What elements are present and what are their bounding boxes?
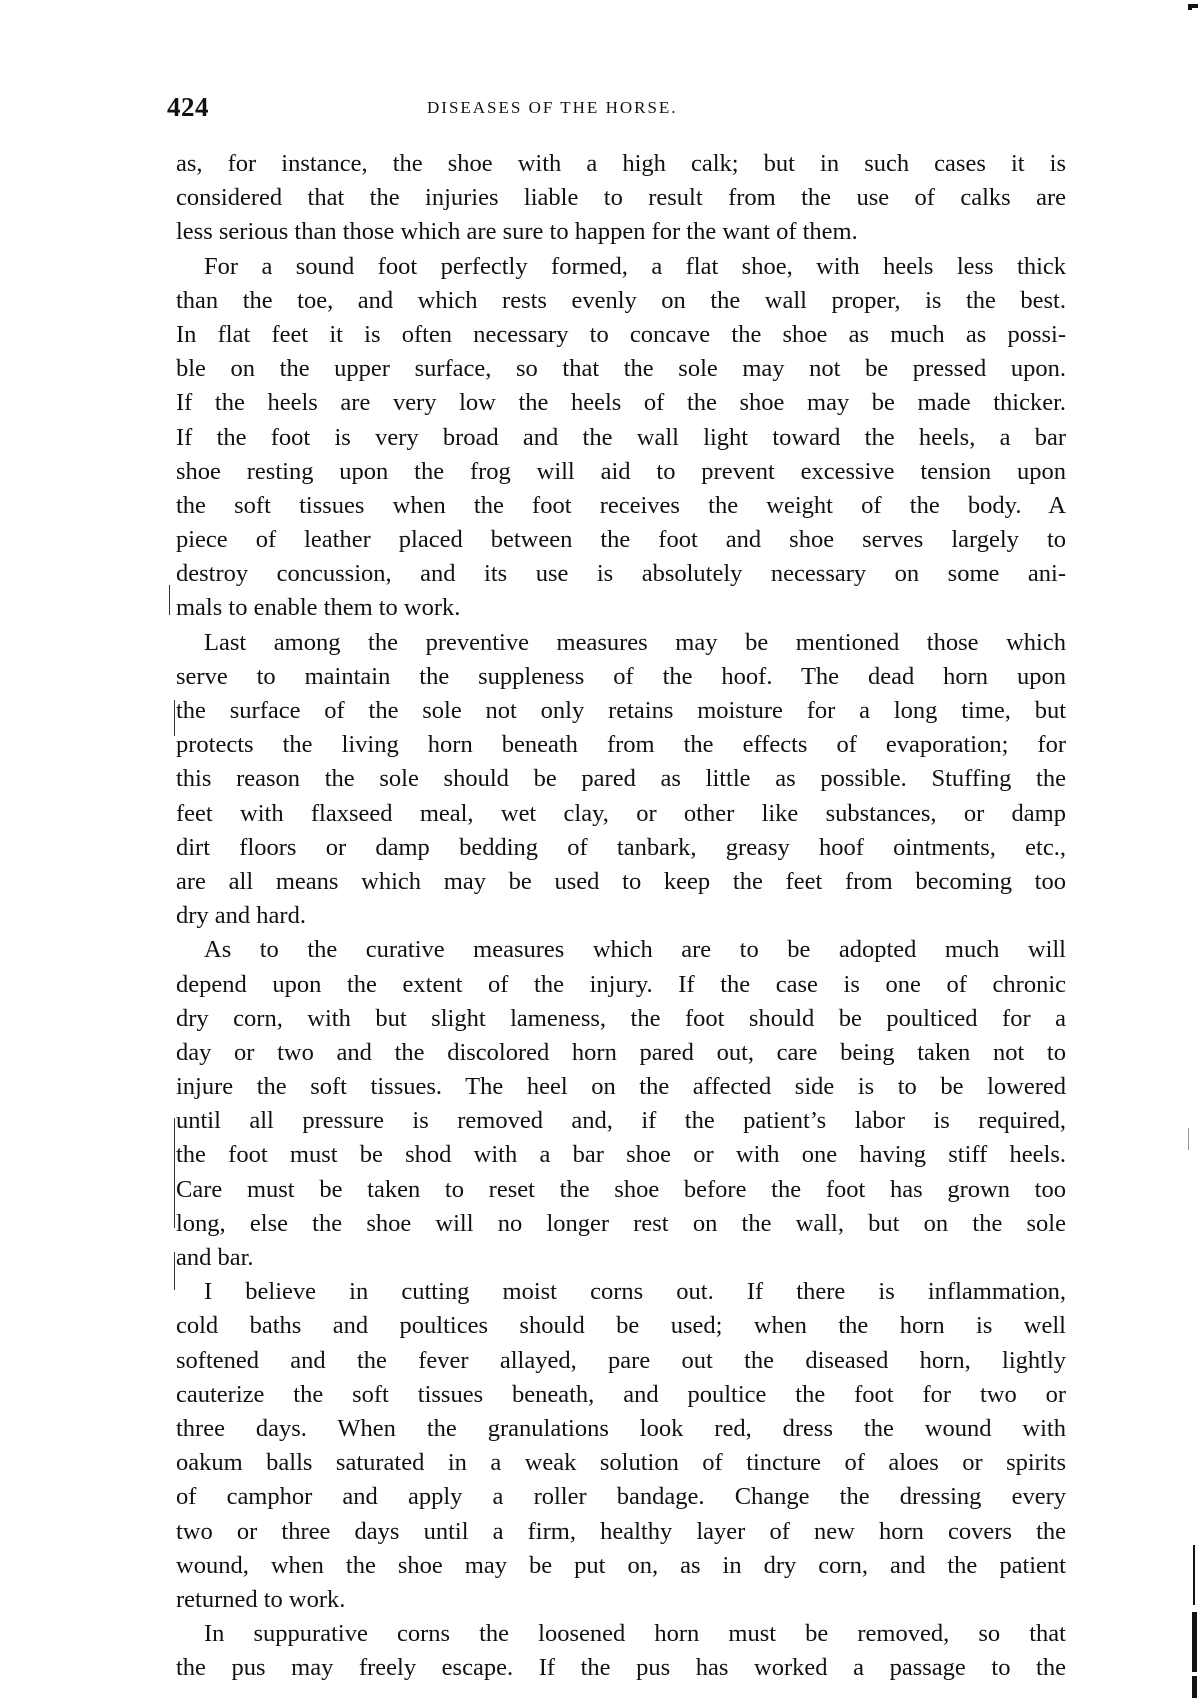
scan-edge-bar <box>1192 1676 1197 1698</box>
text-line: this reason the sole should be pared as … <box>176 762 1066 796</box>
scan-margin-line <box>174 1118 175 1228</box>
scan-edge-bar <box>1192 1612 1197 1672</box>
text-line: cauterize the soft tissues beneath, and … <box>176 1378 1066 1412</box>
text-line: until all pressure is removed and, if th… <box>176 1104 1066 1138</box>
text-line: serve to maintain the suppleness of the … <box>176 660 1066 694</box>
text-line: shoe resting upon the frog will aid to p… <box>176 455 1066 489</box>
text-line: depend upon the extent of the injury. If… <box>176 968 1066 1002</box>
text-line: long, else the shoe will no longer rest … <box>176 1207 1066 1241</box>
scan-corner-mark <box>1188 4 1192 10</box>
paragraph: I believe in cutting moist corns out. If… <box>176 1275 1066 1617</box>
text-line: In suppurative corns the loosened horn m… <box>176 1617 1066 1651</box>
scan-margin-line <box>1188 1128 1189 1150</box>
text-line: protects the living horn beneath from th… <box>176 728 1066 762</box>
paragraph: In suppurative corns the loosened horn m… <box>176 1617 1066 1685</box>
text-line: If the foot is very broad and the wall l… <box>176 421 1066 455</box>
text-line: If the heels are very low the heels of t… <box>176 386 1066 420</box>
text-line: the soft tissues when the foot receives … <box>176 489 1066 523</box>
text-line: For a sound foot perfectly formed, a fla… <box>176 250 1066 284</box>
text-line: dry and hard. <box>176 899 1066 933</box>
text-line: injure the soft tissues. The heel on the… <box>176 1070 1066 1104</box>
scan-margin-line <box>174 700 175 736</box>
text-line: the foot must be shod with a bar shoe or… <box>176 1138 1066 1172</box>
text-line: less serious than those which are sure t… <box>176 215 1066 249</box>
text-line: destroy concussion, and its use is absol… <box>176 557 1066 591</box>
paragraph: For a sound foot perfectly formed, a fla… <box>176 250 1066 626</box>
paragraph: As to the curative measures which are to… <box>176 933 1066 1275</box>
scan-edge-bar <box>1193 1545 1195 1605</box>
paragraph: as, for instance, the shoe with a high c… <box>176 147 1066 250</box>
text-line: returned to work. <box>176 1583 1066 1617</box>
scanned-book-page: 424 DISEASES OF THE HORSE. as, for insta… <box>0 0 1200 1701</box>
paragraph: Last among the preventive measures may b… <box>176 626 1066 934</box>
text-line: wound, when the shoe may be put on, as i… <box>176 1549 1066 1583</box>
text-line: the pus may freely escape. If the pus ha… <box>176 1651 1066 1685</box>
text-line: Last among the preventive measures may b… <box>176 626 1066 660</box>
text-line: of camphor and apply a roller bandage. C… <box>176 1480 1066 1514</box>
text-line: the surface of the sole not only retains… <box>176 694 1066 728</box>
scan-margin-line <box>174 1252 175 1290</box>
text-line: dirt floors or damp bedding of tanbark, … <box>176 831 1066 865</box>
text-line: oakum balls saturated in a weak solution… <box>176 1446 1066 1480</box>
text-line: feet with flaxseed meal, wet clay, or ot… <box>176 797 1066 831</box>
text-line: In flat feet it is often necessary to co… <box>176 318 1066 352</box>
text-line: dry corn, with but slight lameness, the … <box>176 1002 1066 1036</box>
text-line: I believe in cutting moist corns out. If… <box>176 1275 1066 1309</box>
text-line: cold baths and poultices should be used;… <box>176 1309 1066 1343</box>
running-head: 424 DISEASES OF THE HORSE. <box>167 92 1057 132</box>
running-title: DISEASES OF THE HORSE. <box>427 98 678 118</box>
text-line: As to the curative measures which are to… <box>176 933 1066 967</box>
text-line: mals to enable them to work. <box>176 591 1066 625</box>
text-line: Care must be taken to reset the shoe bef… <box>176 1173 1066 1207</box>
text-line: day or two and the discolored horn pared… <box>176 1036 1066 1070</box>
text-line: considered that the injuries liable to r… <box>176 181 1066 215</box>
text-line: three days. When the granulations look r… <box>176 1412 1066 1446</box>
body-text: as, for instance, the shoe with a high c… <box>176 147 1066 1685</box>
text-line: are all means which may be used to keep … <box>176 865 1066 899</box>
page-number: 424 <box>167 92 209 123</box>
text-line: ble on the upper surface, so that the so… <box>176 352 1066 386</box>
scan-margin-line <box>169 585 170 615</box>
text-line: softened and the fever allayed, pare out… <box>176 1344 1066 1378</box>
text-line: and bar. <box>176 1241 1066 1275</box>
text-line: than the toe, and which rests evenly on … <box>176 284 1066 318</box>
text-line: as, for instance, the shoe with a high c… <box>176 147 1066 181</box>
text-line: piece of leather placed between the foot… <box>176 523 1066 557</box>
text-line: two or three days until a firm, healthy … <box>176 1515 1066 1549</box>
